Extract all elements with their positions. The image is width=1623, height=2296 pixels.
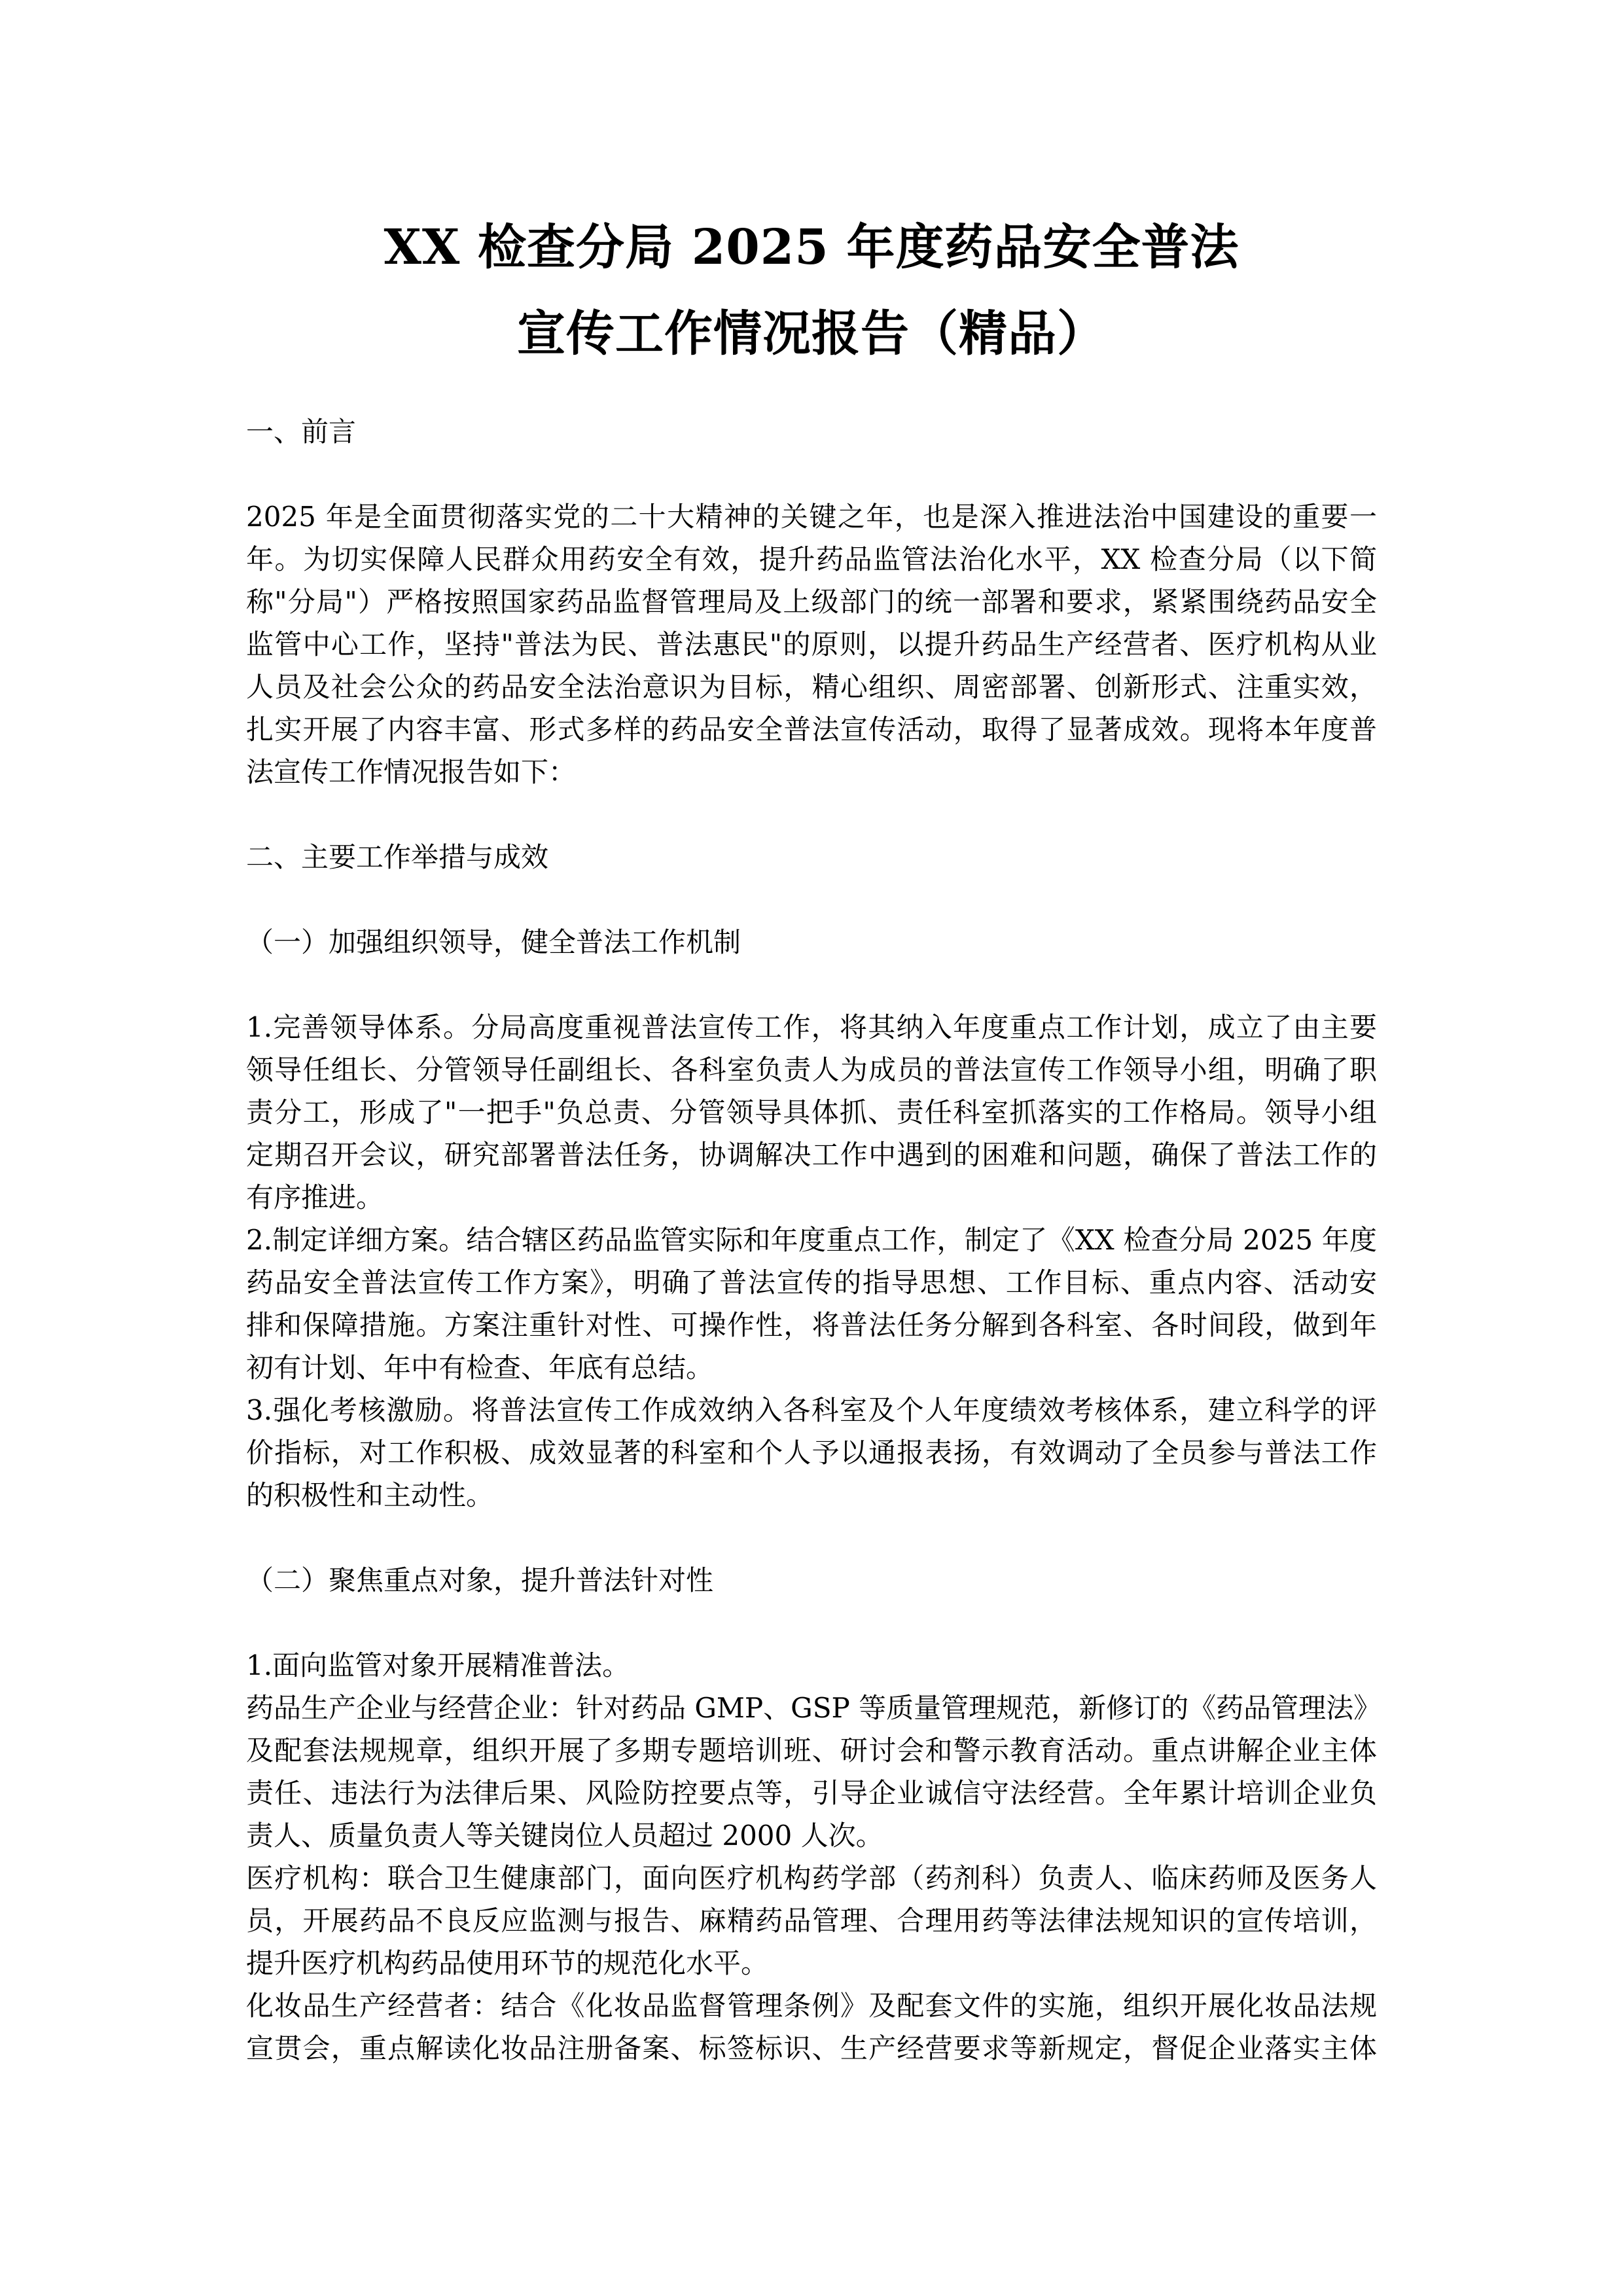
paragraph-line: 领导任组长、分管领导任副组长、各科室负责人为成员的普法宣传工作领导小组，明确了职 (246, 1049, 1377, 1091)
spacer (246, 963, 1377, 1006)
paragraph-line: 年。为切实保障人民群众用药安全有效，提升药品监管法治化水平，XX 检查分局（以下… (246, 538, 1377, 581)
spacer (246, 1516, 1377, 1559)
spacer (246, 793, 1377, 836)
spacer (246, 1602, 1377, 1644)
item-assessment-incentive: 3.强化考核激励。将普法宣传工作成效纳入各科室及个人年度绩效考核体系，建立科学的… (246, 1389, 1377, 1516)
preface-paragraph: 2025 年是全面贯彻落实党的二十大精神的关键之年，也是深入推进法治中国建设的重… (246, 495, 1377, 793)
paragraph-line: 法宣传工作情况报告如下： (246, 751, 1377, 793)
subsection-heading-organization: （一）加强组织领导，健全普法工作机制 (246, 921, 1377, 963)
paragraph-line: 提升医疗机构药品使用环节的规范化水平。 (246, 1942, 1377, 1984)
title-line-1: XX 检查分局 2025 年度药品安全普法 (0, 204, 1623, 291)
paragraph-line: 药品安全普法宣传工作方案》，明确了普法宣传的指导思想、工作目标、重点内容、活动安 (246, 1261, 1377, 1304)
paragraph-line: 宣贯会，重点解读化妆品注册备案、标签标识、生产经营要求等新规定，督促企业落实主体 (246, 2027, 1377, 2070)
paragraph-line: 1.完善领导体系。分局高度重视普法宣传工作，将其纳入年度重点工作计划，成立了由主… (246, 1006, 1377, 1049)
paragraph-line: 3.强化考核激励。将普法宣传工作成效纳入各科室及个人年度绩效考核体系，建立科学的… (246, 1389, 1377, 1431)
document-page: XX 检查分局 2025 年度药品安全普法 宣传工作情况报告（精品） 一、前言 … (0, 0, 1623, 2296)
paragraph-line: 责分工，形成了"一把手"负总责、分管领导具体抓、责任科室抓落实的工作格局。领导小… (246, 1091, 1377, 1134)
paragraph-line: 的积极性和主动性。 (246, 1474, 1377, 1516)
item-cosmetics: 化妆品生产经营者：结合《化妆品监督管理条例》及配套文件的实施，组织开展化妆品法规… (246, 1984, 1377, 2070)
paragraph-line: 排和保障措施。方案注重针对性、可操作性，将普法任务分解到各科室、各时间段，做到年 (246, 1304, 1377, 1346)
paragraph-line: 扎实开展了内容丰富、形式多样的药品安全普法宣传活动，取得了显著成效。现将本年度普 (246, 708, 1377, 751)
item-leadership-system: 1.完善领导体系。分局高度重视普法宣传工作，将其纳入年度重点工作计划，成立了由主… (246, 1006, 1377, 1219)
spacer (246, 453, 1377, 495)
item-heading-precise-education: 1.面向监管对象开展精准普法。 (246, 1644, 1377, 1687)
paragraph-line: 有序推进。 (246, 1176, 1377, 1219)
document-body: 一、前言 2025 年是全面贯彻落实党的二十大精神的关键之年，也是深入推进法治中… (246, 410, 1377, 2070)
paragraph-line: 化妆品生产经营者：结合《化妆品监督管理条例》及配套文件的实施，组织开展化妆品法规 (246, 1984, 1377, 2027)
paragraph-line: 责任、违法行为法律后果、风险防控要点等，引导企业诚信守法经营。全年累计培训企业负 (246, 1772, 1377, 1814)
title-line-2: 宣传工作情况报告（精品） (0, 291, 1623, 377)
item-enterprises: 药品生产企业与经营企业：针对药品 GMP、GSP 等质量管理规范，新修订的《药品… (246, 1687, 1377, 1857)
document-title: XX 检查分局 2025 年度药品安全普法 宣传工作情况报告（精品） (0, 204, 1623, 377)
subsection-heading-key-targets: （二）聚焦重点对象，提升普法针对性 (246, 1559, 1377, 1602)
paragraph-line: 药品生产企业与经营企业：针对药品 GMP、GSP 等质量管理规范，新修订的《药品… (246, 1687, 1377, 1729)
paragraph-line: 初有计划、年中有检查、年底有总结。 (246, 1346, 1377, 1389)
paragraph-line: 监管中心工作，坚持"普法为民、普法惠民"的原则，以提升药品生产经营者、医疗机构从… (246, 623, 1377, 666)
paragraph-line: 人员及社会公众的药品安全法治意识为目标，精心组织、周密部署、创新形式、注重实效， (246, 666, 1377, 708)
item-detailed-plan: 2.制定详细方案。结合辖区药品监管实际和年度重点工作，制定了《XX 检查分局 2… (246, 1219, 1377, 1389)
paragraph-line: 价指标，对工作积极、成效显著的科室和个人予以通报表扬，有效调动了全员参与普法工作 (246, 1431, 1377, 1474)
section-heading-preface: 一、前言 (246, 410, 1377, 453)
paragraph-line: 2025 年是全面贯彻落实党的二十大精神的关键之年，也是深入推进法治中国建设的重… (246, 495, 1377, 538)
section-heading-measures: 二、主要工作举措与成效 (246, 836, 1377, 878)
paragraph-line: 定期召开会议，研究部署普法任务，协调解决工作中遇到的困难和问题，确保了普法工作的 (246, 1134, 1377, 1176)
spacer (246, 878, 1377, 921)
paragraph-line: 责人、质量负责人等关键岗位人员超过 2000 人次。 (246, 1814, 1377, 1857)
paragraph-line: 医疗机构：联合卫生健康部门，面向医疗机构药学部（药剂科）负责人、临床药师及医务人 (246, 1857, 1377, 1899)
paragraph-line: 员，开展药品不良反应监测与报告、麻精药品管理、合理用药等法律法规知识的宣传培训， (246, 1899, 1377, 1942)
paragraph-line: 2.制定详细方案。结合辖区药品监管实际和年度重点工作，制定了《XX 检查分局 2… (246, 1219, 1377, 1261)
item-medical-institutions: 医疗机构：联合卫生健康部门，面向医疗机构药学部（药剂科）负责人、临床药师及医务人… (246, 1857, 1377, 1984)
paragraph-line: 称"分局"）严格按照国家药品监督管理局及上级部门的统一部署和要求，紧紧围绕药品安… (246, 581, 1377, 623)
paragraph-line: 及配套法规规章，组织开展了多期专题培训班、研讨会和警示教育活动。重点讲解企业主体 (246, 1729, 1377, 1772)
